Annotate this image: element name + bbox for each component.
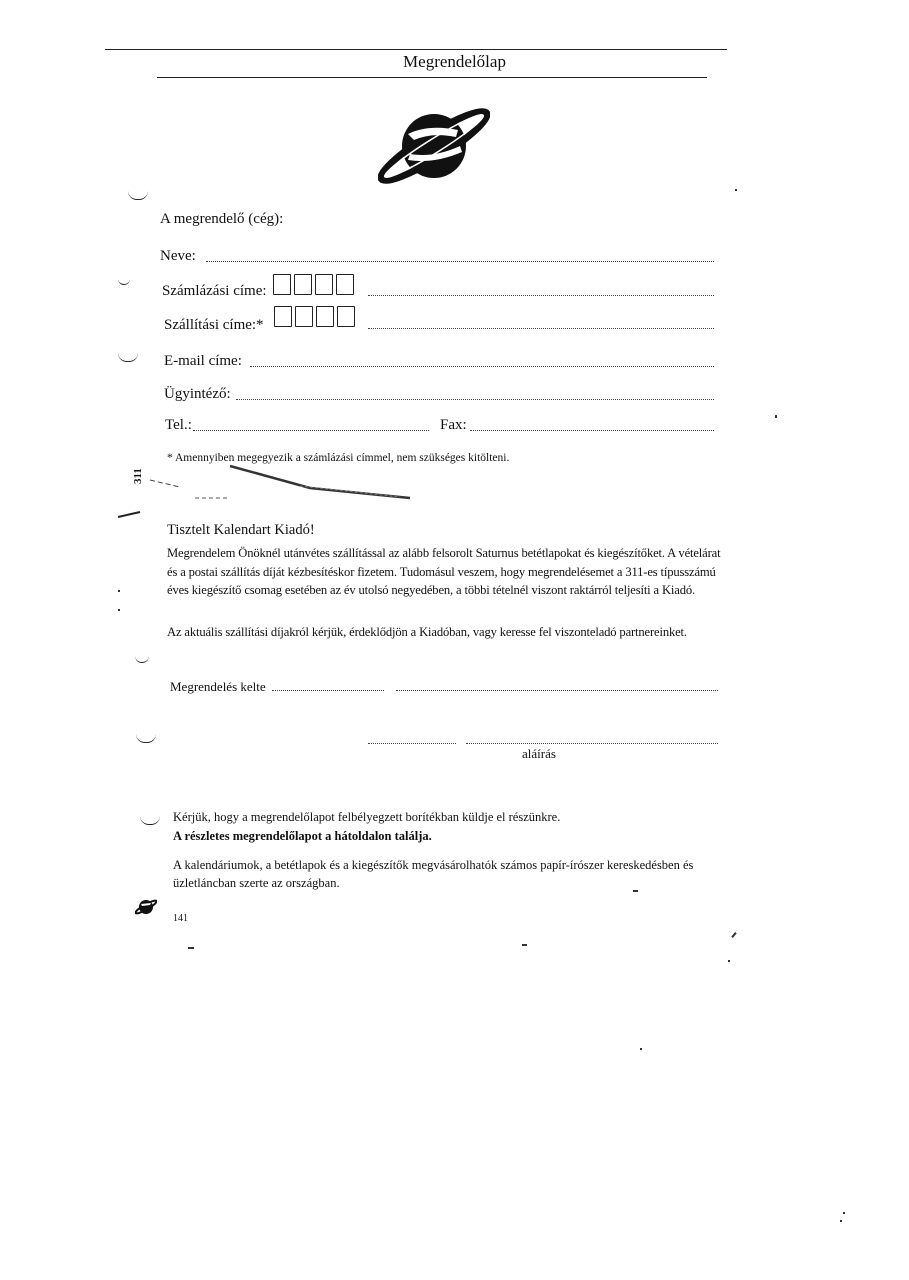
scan-artifact-stroke [110,460,420,525]
postcode-box[interactable] [294,274,312,295]
name-field[interactable] [206,261,714,262]
page-title: Megrendelőlap [0,52,909,72]
margin-mark [136,734,156,743]
scan-speck [118,609,120,611]
billing-postcode-boxes[interactable] [273,274,354,295]
margin-mark [128,191,148,200]
letter-salutation: Tisztelt Kalendart Kiadó! [167,522,315,539]
shipping-address-label: Szállítási címe:* [164,317,264,334]
order-date-field-part2[interactable] [396,690,718,691]
shipping-address-field[interactable] [368,328,714,329]
margin-mark [118,276,130,285]
letter-paragraph-2: Az aktuális szállítási díjakról kérjük, … [167,623,722,642]
order-date-field-part1[interactable] [272,690,384,691]
billing-address-field[interactable] [368,295,714,296]
email-label: E-mail címe: [164,353,242,370]
scan-speck [728,960,730,962]
footer-line-2: A részletes megrendelőlapot a hátoldalon… [173,829,733,844]
contact-person-field[interactable] [236,399,714,400]
top-rule [105,49,727,50]
name-label: Neve: [160,248,196,265]
signature-field-part1[interactable] [368,743,456,744]
page-number: 141 [173,913,188,924]
signature-label: aláírás [522,746,556,762]
fax-field[interactable] [470,430,714,431]
saturn-logo-icon [378,104,490,186]
signature-field-part2[interactable] [466,743,718,744]
postcode-box[interactable] [337,306,355,327]
margin-mark [140,816,160,825]
scan-speck [118,590,120,592]
scan-speck [731,932,736,938]
postcode-box[interactable] [336,274,354,295]
order-date-label: Megrendelés kelte [170,679,266,695]
footer-line-3: A kalendáriumok, a betétlapok és a kiegé… [173,856,723,892]
postcode-box[interactable] [273,274,291,295]
side-stamp: 311 [132,468,144,484]
phone-label: Tel.: [165,417,192,434]
shipping-postcode-boxes[interactable] [274,306,355,327]
phone-field[interactable] [193,430,429,431]
scan-speck [840,1220,842,1222]
postcode-box[interactable] [316,306,334,327]
footer-line-1: Kérjük, hogy a megrendelőlapot felbélyeg… [173,810,733,825]
scan-speck [843,1212,845,1214]
saturn-small-logo-icon [135,898,157,916]
scan-speck [633,890,638,892]
billing-address-label: Számlázási címe: [162,283,267,300]
postcode-box[interactable] [295,306,313,327]
email-field[interactable] [250,366,714,367]
scan-speck [735,189,737,191]
scan-speck [640,1048,642,1050]
scan-speck [522,944,527,946]
scan-speck [188,947,194,949]
scan-speck [775,415,777,418]
postcode-box[interactable] [274,306,292,327]
margin-mark [135,654,149,663]
letter-paragraph-1: Megrendelem Önöknél utánvétes szállításs… [167,544,722,600]
form-heading: A megrendelő (cég): [160,211,283,228]
margin-mark [118,353,138,362]
postcode-box[interactable] [315,274,333,295]
fax-label: Fax: [440,417,467,434]
contact-person-label: Ügyintéző: [164,386,231,403]
title-underline [157,77,707,78]
